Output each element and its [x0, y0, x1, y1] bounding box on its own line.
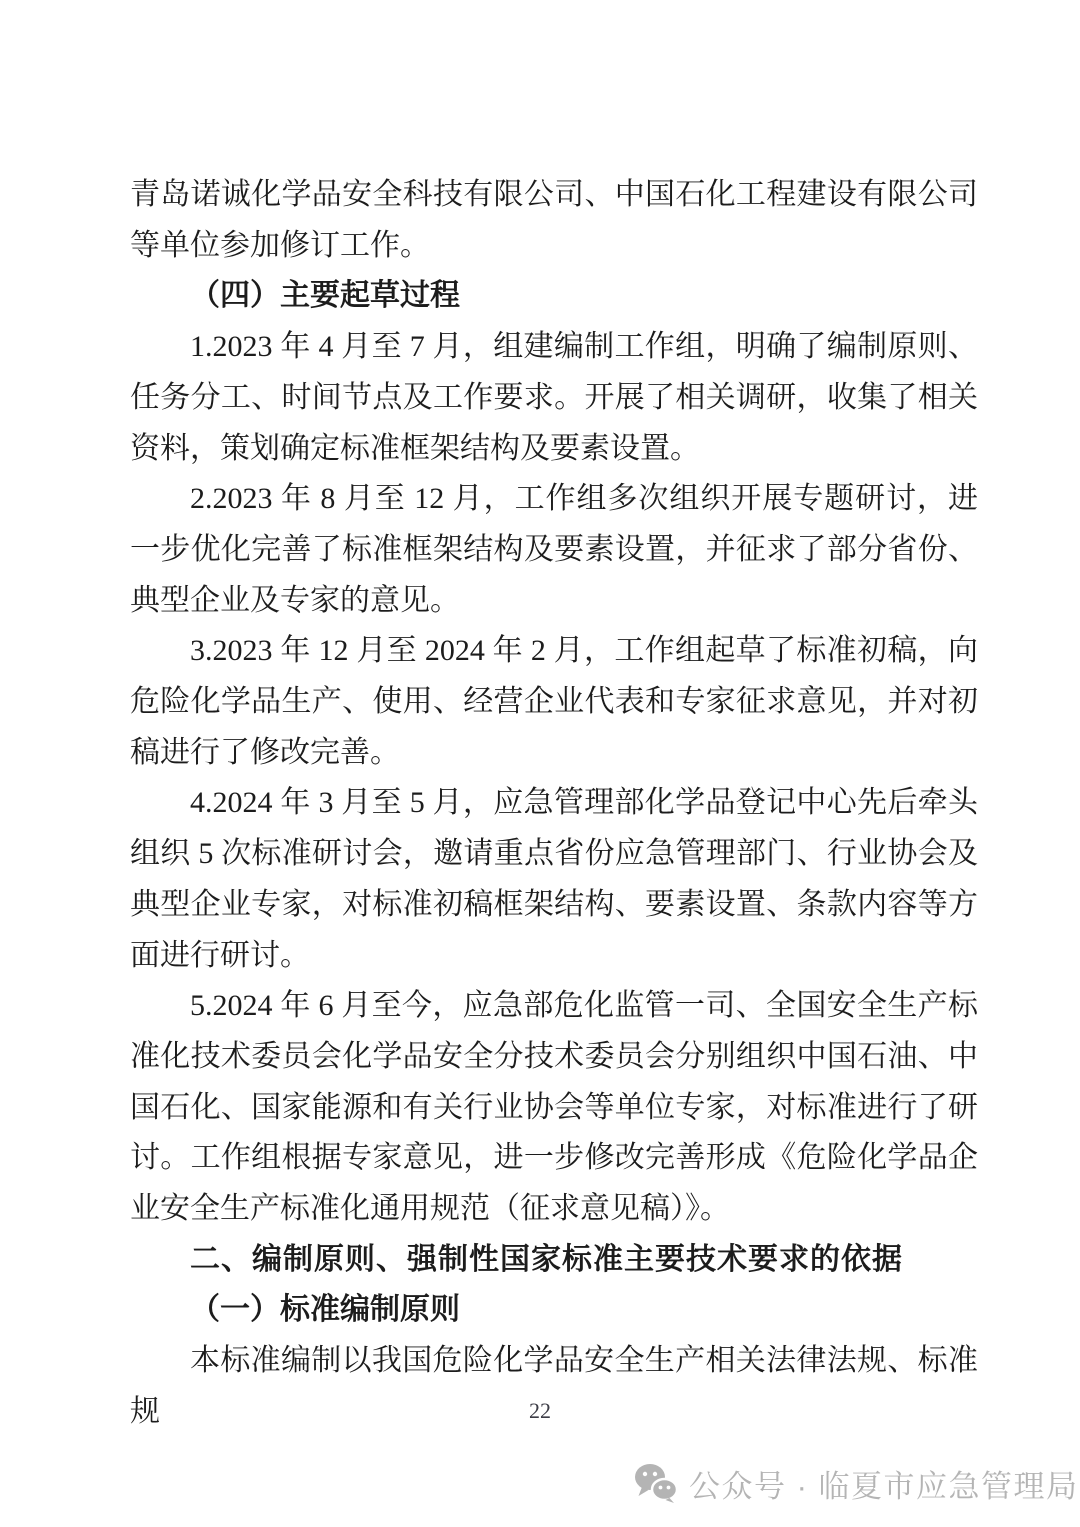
- wechat-watermark: 公众号 · 临夏市应急管理局: [634, 1461, 1079, 1505]
- paragraph: 青岛诺诚化学品安全科技有限公司、中国石化工程建设有限公司等单位参加修订工作。: [130, 170, 978, 271]
- wechat-icon: [634, 1463, 678, 1503]
- section-heading-compilation-principles: （一）标准编制原则: [130, 1285, 978, 1336]
- document-page: 青岛诺诚化学品安全科技有限公司、中国石化工程建设有限公司等单位参加修订工作。 （…: [0, 0, 1080, 1527]
- page-number: 22: [0, 1398, 1080, 1424]
- watermark-text: 公众号 · 临夏市应急管理局: [689, 1461, 1079, 1506]
- paragraph: 1.2023 年 4 月至 7 月，组建编制工作组，明确了编制原则、任务分工、时…: [130, 322, 978, 474]
- paragraph: 4.2024 年 3 月至 5 月，应急管理部化学品登记中心先后牵头组织 5 次…: [130, 778, 978, 981]
- section-heading-principles-basis: 二、编制原则、强制性国家标准主要技术要求的依据: [130, 1235, 978, 1286]
- paragraph: 5.2024 年 6 月至今，应急部危化监管一司、全国安全生产标准化技术委员会化…: [130, 981, 978, 1235]
- section-heading-draft-process: （四）主要起草过程: [130, 271, 978, 322]
- paragraph: 3.2023 年 12 月至 2024 年 2 月，工作组起草了标准初稿，向危险…: [130, 626, 978, 778]
- paragraph: 2.2023 年 8 月至 12 月，工作组多次组织开展专题研讨，进一步优化完善…: [130, 474, 978, 626]
- document-body: 青岛诺诚化学品安全科技有限公司、中国石化工程建设有限公司等单位参加修订工作。 （…: [130, 170, 978, 1438]
